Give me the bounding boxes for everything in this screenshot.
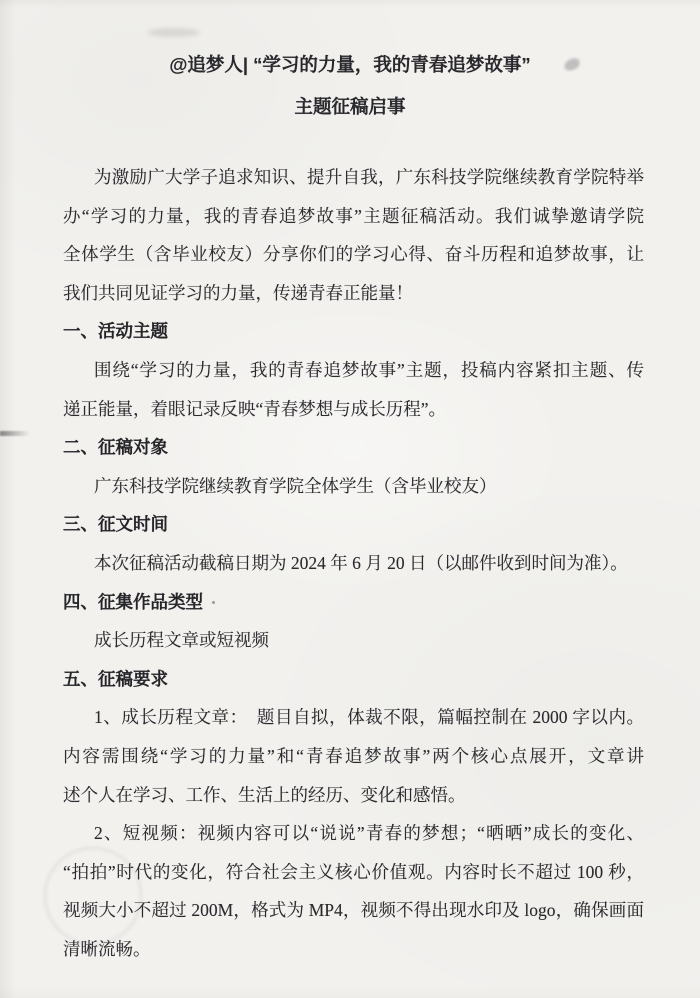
intro-line-3: 全体学生（含毕业校友）分享你们的学习心得、奋斗历程和追梦故事，让 (63, 235, 644, 274)
section-1-line-1: 围绕“学习的力量，我的青春追梦故事”主题，投稿内容紧扣主题、传 (63, 351, 644, 390)
intro-line-4: 我们共同见证学习的力量，传递青春正能量！ (63, 274, 644, 313)
requirement-1-line-2: 内容需围绕“学习的力量”和“青春追梦故事”两个核心点展开，文章讲 (63, 737, 644, 776)
intro-line-2: 办“学习的力量，我的青春追梦故事”主题征稿活动。我们诚挚邀请学院 (63, 197, 644, 236)
requirement-2-line-1: 2、短视频：视频内容可以“说说”青春的梦想；“晒晒”成长的变化、 (63, 814, 644, 853)
section-1-line-2: 递正能量，着眼记录反映“青春梦想与成长历程”。 (63, 390, 644, 429)
section-3-heading: 三、征文时间 (63, 505, 644, 544)
scan-smudge-artifact (148, 28, 200, 37)
section-1-heading: 一、活动主题 (63, 312, 644, 351)
document-title-line-2: 主题征稿启事 (0, 86, 700, 128)
requirement-2-line-4: 清晰流畅。 (63, 930, 644, 969)
document-body: 为激励广大学子追求知识、提升自我，广东科技学院继续教育学院特举 办“学习的力量，… (63, 158, 644, 968)
document-title-line-1: @追梦人| “学习的力量，我的青春追梦故事” (0, 44, 700, 86)
scanned-document: @追梦人| “学习的力量，我的青春追梦故事” 主题征稿启事 为激励广大学子追求知… (0, 0, 700, 998)
requirement-1-line-3: 述个人在学习、工作、生活上的经历、变化和感悟。 (63, 776, 644, 815)
requirement-2-line-2: “拍拍”时代的变化，符合社会主义核心价值观。内容时长不超过 100 秒， (63, 853, 644, 892)
section-5-heading: 五、征稿要求 (63, 660, 644, 699)
intro-line-1: 为激励广大学子追求知识、提升自我，广东科技学院继续教育学院特举 (63, 158, 644, 197)
scan-streak-artifact (0, 431, 30, 436)
requirement-1-line-1: 1、成长历程文章： 题目自拟，体裁不限，篇幅控制在 2000 字以内。 (63, 698, 644, 737)
section-3-deadline-line: 本次征稿活动截稿日期为 2024 年 6 月 20 日（以邮件收到时间为准）。 (63, 544, 644, 583)
section-4-heading: 四、征集作品类型 (63, 583, 644, 622)
requirement-2-line-3: 视频大小不超过 200M，格式为 MP4，视频不得出现水印及 logo，确保画面 (63, 891, 644, 930)
section-2-heading: 二、征稿对象 (63, 428, 644, 467)
section-4-line-1: 成长历程文章或短视频 (63, 621, 644, 660)
section-2-line-1: 广东科技学院继续教育学院全体学生（含毕业校友） (63, 467, 644, 506)
